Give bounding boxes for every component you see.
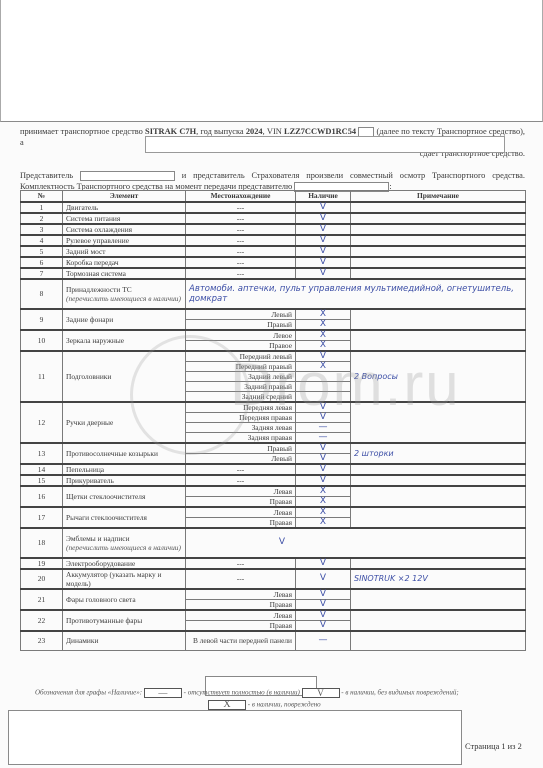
row-element: Двигатель	[63, 202, 186, 213]
header-note: Примечание	[351, 191, 526, 202]
row-element: Рычаги стеклоочистителя	[63, 507, 186, 528]
legend-absent-text: - отсутствует полностью (в наличии)	[184, 689, 300, 697]
row-element: Принадлежности ТС(перечислить имеющиеся …	[63, 279, 186, 309]
table-row: 3Система охлаждения---V	[21, 224, 526, 235]
header-location: Местонахождение	[186, 191, 296, 202]
row-presence	[296, 381, 351, 391]
element-name: Принадлежности ТС	[66, 285, 182, 294]
row-location: Задняя левая	[186, 422, 296, 432]
header-element: Элемент	[63, 191, 186, 202]
row-presence: V	[296, 443, 351, 454]
redacted-header-area	[0, 0, 543, 122]
row-note	[351, 464, 526, 475]
row-location: Задний правый	[186, 381, 296, 391]
row-note	[351, 402, 526, 443]
row-note: 2 шторки	[351, 443, 526, 464]
element-name: Эмблемы и надписи	[66, 534, 182, 543]
table-row: 17Рычаги стеклоочистителяЛеваяX	[21, 507, 526, 518]
table-row: 15Прикуриватель---V	[21, 475, 526, 486]
row-presence: —	[296, 432, 351, 443]
row-element: Задние фонари	[63, 309, 186, 330]
row-presence: V	[296, 599, 351, 610]
row-element: Фары головного света	[63, 589, 186, 610]
intro-text: Представитель	[20, 171, 73, 180]
row-presence: V	[296, 235, 351, 246]
row-presence: V	[296, 268, 351, 279]
row-element: Рулевое управление	[63, 235, 186, 246]
row-presence	[296, 391, 351, 402]
row-element: Задний мост	[63, 246, 186, 257]
row-element: Зеркала наружные	[63, 330, 186, 351]
row-element: Пепельница	[63, 464, 186, 475]
row-note	[351, 235, 526, 246]
row-location: Передний левый	[186, 351, 296, 362]
table-row: 1Двигатель---V	[21, 202, 526, 213]
row-location: ---	[186, 268, 296, 279]
row-location: Левое	[186, 330, 296, 341]
row-note: 2 Вопросы	[351, 351, 526, 402]
row-note	[351, 486, 526, 507]
row-location: Задний средний	[186, 391, 296, 402]
row-location: ---	[186, 213, 296, 224]
row-num: 23	[21, 631, 63, 651]
row-location: ---	[186, 558, 296, 569]
row-element: Противосолнечные козырьки	[63, 443, 186, 464]
row-presence: V	[296, 589, 351, 600]
row-location: ---	[186, 257, 296, 268]
row-location: ---	[186, 224, 296, 235]
row-note	[351, 309, 526, 330]
row-element: Коробка передач	[63, 257, 186, 268]
row-note	[351, 507, 526, 528]
row-location: Задняя правая	[186, 432, 296, 443]
vehicle-model: SITRAK C7H	[145, 127, 196, 136]
row-element: Аккумулятор (указать марку и модель)	[63, 569, 186, 589]
intro-text: принимает транспортное средство	[20, 127, 145, 136]
row-num: 21	[21, 589, 63, 610]
row-location: ---	[186, 475, 296, 486]
table-row: 18Эмблемы и надписи(перечислить имеющиес…	[21, 528, 526, 558]
table-row: 6Коробка передач---V	[21, 257, 526, 268]
row-note	[351, 330, 526, 351]
row-num: 19	[21, 558, 63, 569]
row-location: Левый	[186, 453, 296, 464]
table-row: 4Рулевое управление---V	[21, 235, 526, 246]
row-location: Левая	[186, 486, 296, 497]
inventory-table: № Элемент Местонахождение Наличие Примеч…	[20, 190, 526, 651]
row-presence: V	[296, 224, 351, 235]
row-presence: V	[296, 464, 351, 475]
legend-row-damaged: X - в наличии, повреждено	[208, 700, 321, 710]
row-element: Подголовники	[63, 351, 186, 402]
row-location: ---	[186, 235, 296, 246]
table-row: 23ДинамикиВ левой части передней панели—	[21, 631, 526, 651]
legend-ok-text: - в наличии, без видимых повреждений;	[341, 689, 458, 697]
row-location: Левый	[186, 309, 296, 320]
row-presence: X	[296, 361, 351, 371]
row-note	[351, 246, 526, 257]
row-element: Прикуриватель	[63, 475, 186, 486]
row-location: Правая	[186, 599, 296, 610]
row-presence: X	[296, 330, 351, 341]
row-location: Передняя левая	[186, 402, 296, 413]
redacted-representative	[80, 171, 175, 181]
table-header-row: № Элемент Местонахождение Наличие Примеч…	[21, 191, 526, 202]
row-presence: X	[296, 340, 351, 351]
row-presence: V	[296, 620, 351, 631]
table-row: 21Фары головного светаЛеваяV	[21, 589, 526, 600]
row-note	[351, 589, 526, 610]
row-presence: V	[296, 402, 351, 413]
vehicle-year: 2024	[246, 127, 263, 136]
table-row: 9Задние фонариЛевыйX	[21, 309, 526, 320]
row-presence: —	[296, 631, 351, 651]
row-presence: V	[296, 558, 351, 569]
row-num: 12	[21, 402, 63, 443]
row-presence: X	[296, 319, 351, 330]
row-location: ---	[186, 246, 296, 257]
row-num: 14	[21, 464, 63, 475]
table-row: 2Система питания---V	[21, 213, 526, 224]
row-presence: V	[296, 213, 351, 224]
legend: Обозначения для графы «Наличие»: — - отс…	[35, 688, 525, 698]
row-location: Правая	[186, 517, 296, 528]
row-num: 1	[21, 202, 63, 213]
table-row: 13Противосолнечные козырькиПравыйV2 штор…	[21, 443, 526, 454]
row-num: 5	[21, 246, 63, 257]
table-row: 22Противотуманные фарыЛеваяV	[21, 610, 526, 621]
row-note: SINOTRUK ×2 12V	[351, 569, 526, 589]
row-element: Тормозная система	[63, 268, 186, 279]
row-note	[351, 257, 526, 268]
row-num: 15	[21, 475, 63, 486]
row-location: ---	[186, 464, 296, 475]
row-location: ---	[186, 569, 296, 589]
table-row: 10Зеркала наружныеЛевоеX	[21, 330, 526, 341]
row-num: 17	[21, 507, 63, 528]
table-row: 20Аккумулятор (указать марку и модель)--…	[21, 569, 526, 589]
row-note	[351, 475, 526, 486]
row-presence: V	[296, 475, 351, 486]
legend-title: Обозначения для графы «Наличие»:	[35, 689, 142, 697]
redacted-party-name	[145, 136, 505, 153]
vehicle-vin: LZZ7CCWD1RC54	[284, 127, 356, 136]
row-element: Электрооборудование	[63, 558, 186, 569]
row-num: 8	[21, 279, 63, 309]
table-row: 12Ручки дверныеПередняя леваяV	[21, 402, 526, 413]
row-presence: V	[296, 351, 351, 362]
row-note	[351, 610, 526, 631]
intro-text: , год выпуска	[196, 127, 246, 136]
row-num: 11	[21, 351, 63, 402]
row-num: 4	[21, 235, 63, 246]
table-row: 5Задний мост---V	[21, 246, 526, 257]
table-row: 16Щетки стеклоочистителяЛеваяX	[21, 486, 526, 497]
row-note	[351, 558, 526, 569]
row-num: 16	[21, 486, 63, 507]
row-location: Правая	[186, 620, 296, 631]
legend-damaged-text: - в наличии, повреждено	[248, 701, 321, 709]
table-row: 7Тормозная система---V	[21, 268, 526, 279]
legend-damaged-symbol: X	[208, 700, 246, 710]
row-note	[351, 268, 526, 279]
row-presence: X	[296, 496, 351, 507]
redacted-footer-area	[8, 710, 462, 765]
row-element: Эмблемы и надписи(перечислить имеющиеся …	[63, 528, 186, 558]
row-element: Противотуманные фары	[63, 610, 186, 631]
row-presence: V	[296, 257, 351, 268]
row-num: 7	[21, 268, 63, 279]
row-note	[351, 213, 526, 224]
row-num: 9	[21, 309, 63, 330]
row-presence: V	[296, 610, 351, 621]
row-location: Левая	[186, 507, 296, 518]
row-num: 3	[21, 224, 63, 235]
row-num: 10	[21, 330, 63, 351]
row-location: В левой части передней панели	[186, 631, 296, 651]
row-num: 13	[21, 443, 63, 464]
row-presence: V	[296, 246, 351, 257]
row-num: 2	[21, 213, 63, 224]
row-num: 20	[21, 569, 63, 589]
row-location: Левая	[186, 589, 296, 600]
element-hint: (перечислить имеющиеся в наличии)	[66, 294, 182, 303]
row-num: 6	[21, 257, 63, 268]
row-element: Ручки дверные	[63, 402, 186, 443]
row-presence: V	[296, 569, 351, 589]
row-presence: —	[296, 422, 351, 432]
row-location: Правое	[186, 340, 296, 351]
table-row: 11ПодголовникиПередний левыйV2 Вопросы	[21, 351, 526, 362]
row-presence: V	[186, 528, 526, 558]
element-hint: (перечислить имеющиеся в наличии)	[66, 543, 182, 552]
row-note: Автомоби. аптечки, пульт управления муль…	[186, 279, 526, 309]
header-num: №	[21, 191, 63, 202]
row-presence: V	[296, 412, 351, 422]
table-row: 8Принадлежности ТС(перечислить имеющиеся…	[21, 279, 526, 309]
legend-ok-symbol: V	[302, 688, 340, 698]
row-element: Динамики	[63, 631, 186, 651]
inspection-paragraph: Представитель и представитель Страховате…	[20, 170, 525, 192]
row-location: Правый	[186, 443, 296, 454]
row-location: Передний правый	[186, 361, 296, 371]
row-presence	[296, 371, 351, 381]
table-row: 19Электрооборудование---V	[21, 558, 526, 569]
row-element: Система питания	[63, 213, 186, 224]
legend-absent-symbol: —	[144, 688, 182, 698]
row-note	[351, 202, 526, 213]
row-note	[351, 224, 526, 235]
row-note	[351, 631, 526, 651]
row-element: Система охлаждения	[63, 224, 186, 235]
row-location: Правый	[186, 319, 296, 330]
row-location: Левая	[186, 610, 296, 621]
row-location: Правая	[186, 496, 296, 507]
row-location: Передняя правая	[186, 412, 296, 422]
row-location: Задний левый	[186, 371, 296, 381]
row-num: 18	[21, 528, 63, 558]
row-presence: V	[296, 453, 351, 464]
row-presence: V	[296, 202, 351, 213]
row-presence: X	[296, 517, 351, 528]
row-location: ---	[186, 202, 296, 213]
row-element: Щетки стеклоочистителя	[63, 486, 186, 507]
row-num: 22	[21, 610, 63, 631]
row-presence: X	[296, 309, 351, 320]
table-row: 14Пепельница---V	[21, 464, 526, 475]
row-presence: X	[296, 486, 351, 497]
header-presence: Наличие	[296, 191, 351, 202]
row-presence: X	[296, 507, 351, 518]
vin-label: , VIN	[263, 127, 284, 136]
page-number: Страница 1 из 2	[465, 742, 522, 751]
